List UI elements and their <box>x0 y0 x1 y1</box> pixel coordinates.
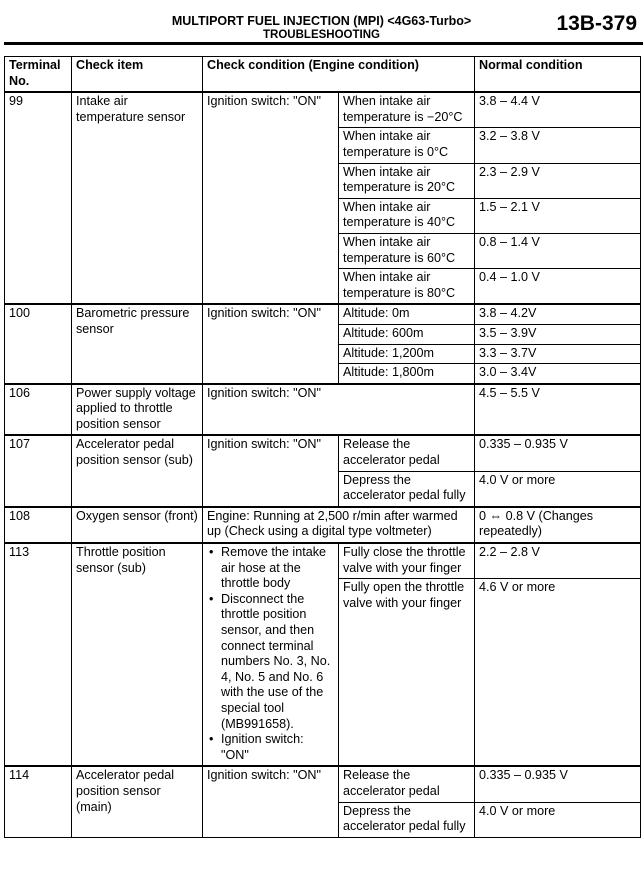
check-item: Oxygen sensor (front) <box>72 507 203 543</box>
sub-condition: Depress the accelerator pedal fully <box>339 802 475 837</box>
terminal-no: 106 <box>5 384 72 436</box>
normal-condition: 1.5 – 2.1 V <box>475 198 641 233</box>
check-item: Accelerator pedal position sensor (sub) <box>72 435 203 506</box>
procedure-step: Ignition switch: "ON" <box>221 732 334 763</box>
check-condition: Engine: Running at 2,500 r/min after war… <box>203 507 475 543</box>
procedure-list: Remove the intake air hose at the thrott… <box>207 545 334 763</box>
sub-condition: When intake air temperature is 0°C <box>339 128 475 163</box>
normal-condition: 4.5 – 5.5 V <box>475 384 641 436</box>
sub-condition: When intake air temperature is 80°C <box>339 269 475 305</box>
normal-condition: 0.335 – 0.935 V <box>475 766 641 802</box>
terminal-no: 99 <box>5 92 72 304</box>
procedure-step: Remove the intake air hose at the thrott… <box>221 545 334 592</box>
normal-condition: 0 ⇔ 0.8 V (Changes repeatedly) <box>475 507 641 543</box>
table-row: 100 Barometric pressure sensor Ignition … <box>5 304 641 324</box>
terminal-check-table: Terminal No. Check item Check condition … <box>4 56 641 838</box>
check-condition: Ignition switch: "ON" <box>203 304 339 383</box>
header-rule <box>4 42 643 45</box>
terminal-no: 108 <box>5 507 72 543</box>
sub-condition: Altitude: 0m <box>339 304 475 324</box>
normal-condition: 4.0 V or more <box>475 802 641 837</box>
terminal-no: 113 <box>5 543 72 766</box>
title-line-2: TROUBLESHOOTING <box>0 28 643 42</box>
table-row: 106 Power supply voltage applied to thro… <box>5 384 641 436</box>
normal-condition: 0.335 – 0.935 V <box>475 435 641 471</box>
normal-condition: 3.0 – 3.4V <box>475 364 641 384</box>
table-row: 108 Oxygen sensor (front) Engine: Runnin… <box>5 507 641 543</box>
sub-condition: Fully close the throttle valve with your… <box>339 543 475 579</box>
sub-condition: When intake air temperature is −20°C <box>339 92 475 128</box>
check-condition-steps: Remove the intake air hose at the thrott… <box>203 543 339 766</box>
normal-condition: 3.8 – 4.2V <box>475 304 641 324</box>
sub-condition: When intake air temperature is 60°C <box>339 233 475 268</box>
normal-condition: 0.8 – 1.4 V <box>475 233 641 268</box>
col-header-check-item: Check item <box>72 57 203 93</box>
normal-condition: 3.2 – 3.8 V <box>475 128 641 163</box>
col-header-check-condition: Check condition (Engine condition) <box>203 57 475 93</box>
terminal-no: 107 <box>5 435 72 506</box>
check-item: Power supply voltage applied to throttle… <box>72 384 203 436</box>
sub-condition: Altitude: 600m <box>339 324 475 344</box>
sub-condition: Altitude: 1,200m <box>339 344 475 364</box>
normal-condition: 0.4 – 1.0 V <box>475 269 641 305</box>
col-header-normal-condition: Normal condition <box>475 57 641 93</box>
sub-condition: Depress the accelerator pedal fully <box>339 471 475 507</box>
table-row: 107 Accelerator pedal position sensor (s… <box>5 435 641 471</box>
page-number: 13B-379 <box>556 12 637 36</box>
check-condition: Ignition switch: "ON" <box>203 384 475 436</box>
procedure-step: Disconnect the throttle position sensor,… <box>221 592 334 732</box>
normal-condition: 2.3 – 2.9 V <box>475 163 641 198</box>
normal-condition: 4.6 V or more <box>475 579 641 767</box>
normal-condition: 2.2 – 2.8 V <box>475 543 641 579</box>
sub-condition: Release the accelerator pedal <box>339 766 475 802</box>
check-item: Throttle position sensor (sub) <box>72 543 203 766</box>
check-condition: Ignition switch: "ON" <box>203 92 339 304</box>
table-header-row: Terminal No. Check item Check condition … <box>5 57 641 93</box>
normal-condition: 3.8 – 4.4 V <box>475 92 641 128</box>
table-row: 99 Intake air temperature sensor Ignitio… <box>5 92 641 128</box>
table-row: 113 Throttle position sensor (sub) Remov… <box>5 543 641 579</box>
check-item: Barometric pressure sensor <box>72 304 203 383</box>
section-title: MULTIPORT FUEL INJECTION (MPI) <4G63-Tur… <box>0 14 643 42</box>
sub-condition: Release the accelerator pedal <box>339 435 475 471</box>
terminal-no: 114 <box>5 766 72 837</box>
check-item: Accelerator pedal position sensor (main) <box>72 766 203 837</box>
terminal-no: 100 <box>5 304 72 383</box>
check-condition: Ignition switch: "ON" <box>203 435 339 506</box>
col-header-terminal: Terminal No. <box>5 57 72 93</box>
sub-condition: Fully open the throttle valve with your … <box>339 579 475 767</box>
sub-condition: When intake air temperature is 20°C <box>339 163 475 198</box>
check-item: Intake air temperature sensor <box>72 92 203 304</box>
normal-condition: 4.0 V or more <box>475 471 641 507</box>
table-row: 114 Accelerator pedal position sensor (m… <box>5 766 641 802</box>
sub-condition: Altitude: 1,800m <box>339 364 475 384</box>
title-line-1: MULTIPORT FUEL INJECTION (MPI) <4G63-Tur… <box>0 14 643 28</box>
normal-condition: 3.5 – 3.9V <box>475 324 641 344</box>
normal-condition: 3.3 – 3.7V <box>475 344 641 364</box>
check-condition: Ignition switch: "ON" <box>203 766 339 837</box>
sub-condition: When intake air temperature is 40°C <box>339 198 475 233</box>
